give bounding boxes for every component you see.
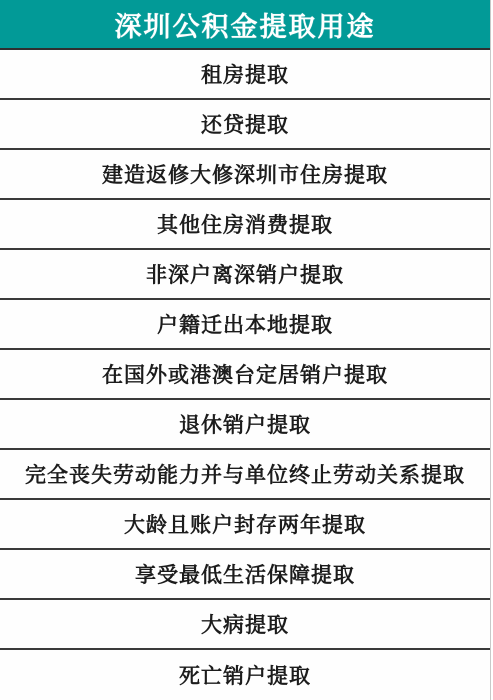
table-row: 户籍迁出本地提取 [0, 300, 490, 350]
table-row: 完全丧失劳动能力并与单位终止劳动关系提取 [0, 450, 490, 500]
table-row: 非深户离深销户提取 [0, 250, 490, 300]
withdrawal-purposes-table: 深圳公积金提取用途 租房提取还贷提取建造返修大修深圳市住房提取其他住房消费提取非… [0, 0, 491, 700]
table-row: 建造返修大修深圳市住房提取 [0, 150, 490, 200]
table-row: 大龄且账户封存两年提取 [0, 500, 490, 550]
table-row: 享受最低生活保障提取 [0, 550, 490, 600]
table-body: 租房提取还贷提取建造返修大修深圳市住房提取其他住房消费提取非深户离深销户提取户籍… [0, 50, 490, 700]
table-row: 退休销户提取 [0, 400, 490, 450]
table-row: 还贷提取 [0, 100, 490, 150]
table-row: 在国外或港澳台定居销户提取 [0, 350, 490, 400]
table-header-title: 深圳公积金提取用途 [0, 0, 490, 50]
table-row: 租房提取 [0, 50, 490, 100]
table-row: 死亡销户提取 [0, 650, 490, 700]
table-row: 其他住房消费提取 [0, 200, 490, 250]
infographic-page: 深圳公积金提取用途 租房提取还贷提取建造返修大修深圳市住房提取其他住房消费提取非… [0, 0, 493, 700]
table-row: 大病提取 [0, 600, 490, 650]
